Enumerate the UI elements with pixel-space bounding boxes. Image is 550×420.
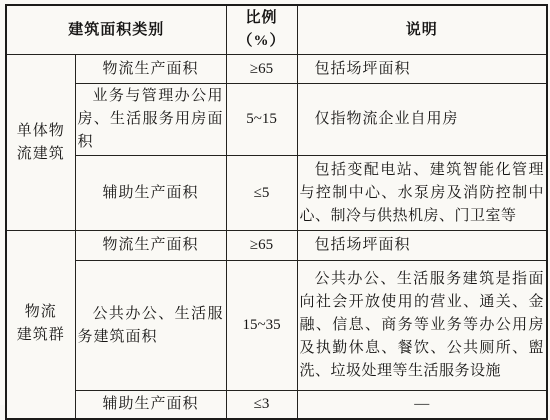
document-page: 建筑面积类别 比例（%） 说明 单体物 流建筑 物流生产面积 ≥65 包括场坪面…	[0, 0, 550, 405]
cell-ratio: ≥65	[226, 231, 297, 261]
cell-note: 仅指物流企业自用房	[297, 84, 547, 156]
cell-category: 业务与管理办公用房、生活服务用房面积	[75, 84, 226, 156]
cell-category: 公共办公、生活服务建筑面积	[75, 261, 226, 391]
table-row: 公共办公、生活服务建筑面积 15~35 公共办公、生活服务建筑是指面向社会开放使…	[6, 261, 547, 391]
table-row: 辅助生产面积 ≤5 包括变配电站、建筑智能化管理与控制中心、水泵房及消防控制中心…	[6, 156, 547, 231]
table-row: 业务与管理办公用房、生活服务用房面积 5~15 仅指物流企业自用房	[6, 84, 547, 156]
header-row: 建筑面积类别 比例（%） 说明	[6, 5, 547, 55]
cell-ratio: ≥65	[226, 55, 297, 84]
cell-note: —	[297, 391, 547, 419]
cell-ratio: ≤5	[226, 156, 297, 231]
cell-note: 包括场坪面积	[297, 231, 547, 261]
cell-note: 包括变配电站、建筑智能化管理与控制中心、水泵房及消防控制中心、制冷与供热机房、门…	[297, 156, 547, 231]
table-row: 单体物 流建筑 物流生产面积 ≥65 包括场坪面积	[6, 55, 547, 84]
group-label-single-logistics-building: 单体物 流建筑	[6, 55, 75, 231]
cell-note: 包括场坪面积	[297, 55, 547, 84]
header-category: 建筑面积类别	[6, 5, 226, 55]
cell-ratio: 5~15	[226, 84, 297, 156]
cell-category: 辅助生产面积	[75, 156, 226, 231]
cell-category: 辅助生产面积	[75, 391, 226, 419]
header-note: 说明	[297, 5, 547, 55]
group-label-logistics-building-cluster: 物流 建筑群	[6, 231, 75, 419]
cell-category: 物流生产面积	[75, 55, 226, 84]
cell-note: 公共办公、生活服务建筑是指面向社会开放使用的营业、通关、金融、信息、商务等业务等…	[297, 261, 547, 391]
building-area-ratio-table: 建筑面积类别 比例（%） 说明 单体物 流建筑 物流生产面积 ≥65 包括场坪面…	[5, 4, 548, 420]
table-row: 物流 建筑群 物流生产面积 ≥65 包括场坪面积	[6, 231, 547, 261]
cell-ratio: 15~35	[226, 261, 297, 391]
cell-ratio: ≤3	[226, 391, 297, 419]
header-ratio: 比例（%）	[226, 5, 297, 55]
cell-category: 物流生产面积	[75, 231, 226, 261]
